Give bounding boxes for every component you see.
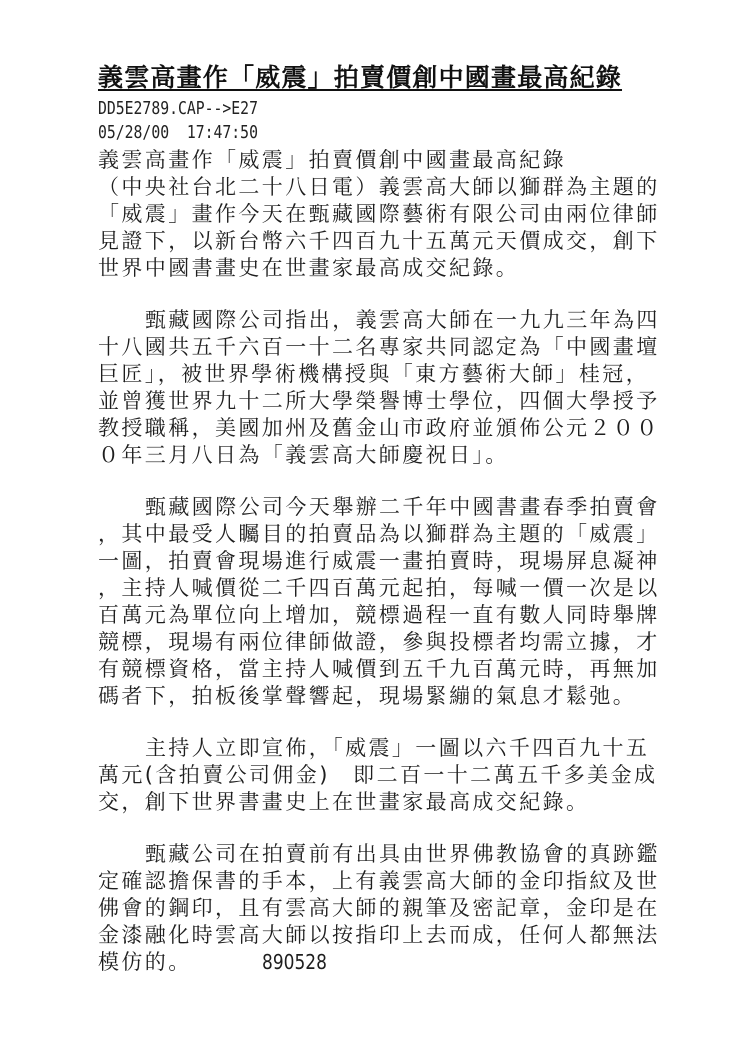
text-line: 競標，現場有兩位律師做證，參與投標者均需立據，才 (98, 629, 618, 656)
file-reference: DD5E2789.CAP-->E27 (98, 98, 258, 120)
paragraph-2: 甄藏國際公司指出，義雲高大師在一九九三年為四 十八國共五千六百一十二名專家共同認… (98, 307, 618, 469)
article-body: 義雲高畫作「威震」拍賣價創中國畫最高紀錄 （中央社台北二十八日電）義雲高大師以獅… (98, 147, 618, 1001)
text-line: 萬元(含拍賣公司佣金) 即二百一十二萬五千多美金成 (98, 762, 618, 789)
text-line: （中央社台北二十八日電）義雲高大師以獅群為主題的 (98, 174, 618, 201)
text-line: 「威震」畫作今天在甄藏國際藝術有限公司由兩位律師 (98, 201, 618, 228)
text-line-final: 模仿的。890528 (98, 949, 618, 976)
document-title: 義雲高畫作「威震」拍賣價創中國畫最高紀錄 (98, 62, 622, 94)
text-line: 甄藏國際公司今天舉辦二千年中國書畫春季拍賣會 (98, 494, 618, 521)
text-line: 佛會的鋼印，且有雲高大師的親筆及密記章，金印是在 (98, 895, 618, 922)
text-line: ０年三月八日為「義雲高大師慶祝日」。 (98, 442, 618, 469)
datetime-stamp: 05/28/00 17:47:50 (98, 122, 258, 144)
text-line: ，主持人喊價從二千四百萬元起拍，每喊一價一次是以 (98, 575, 618, 602)
text-line: 教授職稱，美國加州及舊金山市政府並頒佈公元２００ (98, 415, 618, 442)
text-line: 並曾獲世界九十二所大學榮譽博士學位，四個大學授予 (98, 388, 618, 415)
text-line: 義雲高畫作「威震」拍賣價創中國畫最高紀錄 (98, 147, 618, 174)
text-line: 甄藏公司在拍賣前有出具由世界佛教協會的真跡鑑 (98, 841, 618, 868)
document-id: 890528 (262, 949, 327, 976)
paragraph-4: 主持人立即宣佈，「威震」一圖以六千四百九十五 萬元(含拍賣公司佣金) 即二百一十… (98, 735, 618, 816)
text-line: 一圖，拍賣會現場進行威震一畫拍賣時，現場屏息凝神 (98, 548, 618, 575)
text-line: 見證下，以新台幣六千四百九十五萬元天價成交，創下 (98, 228, 618, 255)
text-line: 甄藏國際公司指出，義雲高大師在一九九三年為四 (98, 307, 618, 334)
text-line: 有競標資格，當主持人喊價到五千九百萬元時，再無加 (98, 656, 618, 683)
text-line: 百萬元為單位向上增加，競標過程一直有數人同時舉牌 (98, 602, 618, 629)
text-line: 定確認擔保書的手本，上有義雲高大師的金印指紋及世 (98, 868, 618, 895)
paragraph-lead: 義雲高畫作「威震」拍賣價創中國畫最高紀錄 （中央社台北二十八日電）義雲高大師以獅… (98, 147, 618, 282)
text-line: 交，創下世界書畫史上在世畫家最高成交紀錄。 (98, 789, 618, 816)
text-line: ，其中最受人矚目的拍賣品為以獅群為主題的「威震」 (98, 521, 618, 548)
text-line: 金漆融化時雲高大師以按指印上去而成，任何人都無法 (98, 922, 618, 949)
paragraph-3: 甄藏國際公司今天舉辦二千年中國書畫春季拍賣會 ，其中最受人矚目的拍賣品為以獅群為… (98, 494, 618, 710)
text-fragment: 模仿的。 (98, 950, 192, 974)
paragraph-5: 甄藏公司在拍賣前有出具由世界佛教協會的真跡鑑 定確認擔保書的手本，上有義雲高大師… (98, 841, 618, 976)
text-line: 主持人立即宣佈，「威震」一圖以六千四百九十五 (98, 735, 618, 762)
text-line: 十八國共五千六百一十二名專家共同認定為「中國畫壇 (98, 334, 618, 361)
text-line: 世界中國書畫史在世畫家最高成交紀錄。 (98, 255, 618, 282)
text-line: 巨匠」，被世界學術機構授與「東方藝術大師」桂冠， (98, 361, 618, 388)
text-line: 碼者下，拍板後掌聲響起，現場緊繃的氣息才鬆弛。 (98, 683, 618, 710)
